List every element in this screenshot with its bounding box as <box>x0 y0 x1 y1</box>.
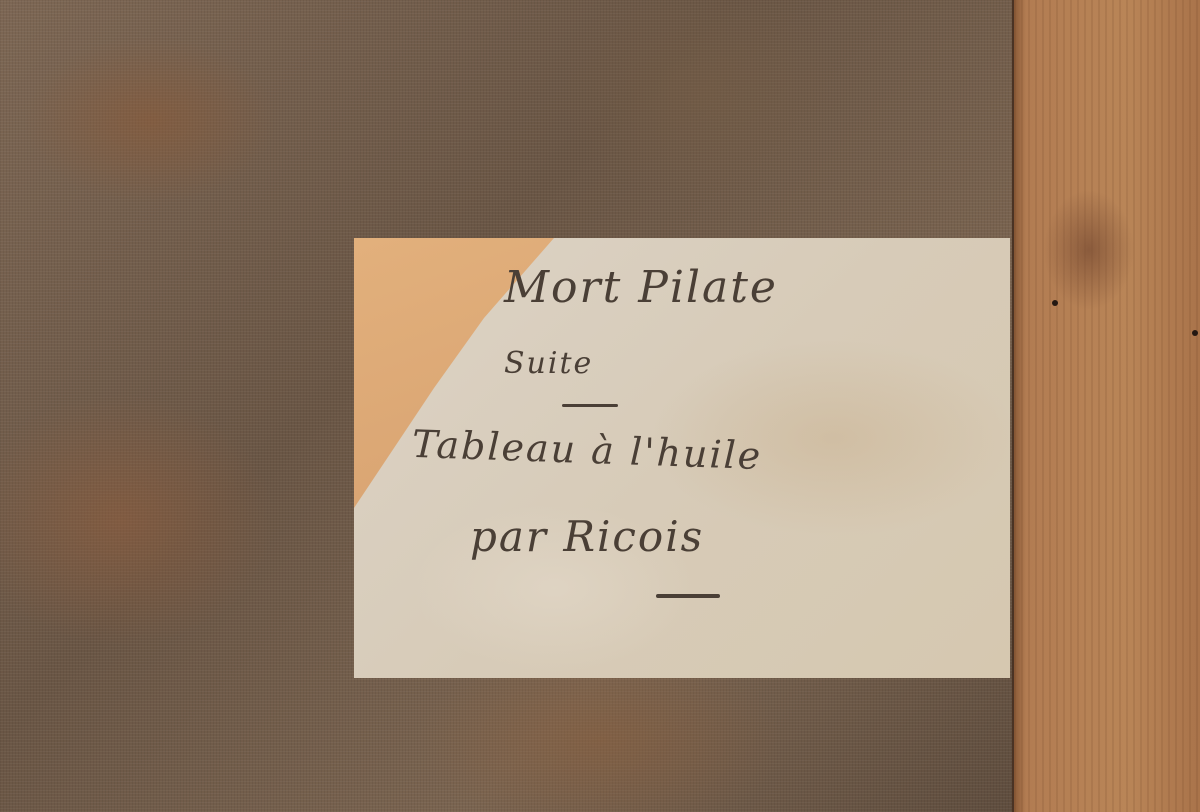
label-line-artist: par Ricois <box>470 512 704 561</box>
wooden-stretcher-bar <box>1012 0 1200 812</box>
label-line-title: Mort Pilate <box>504 262 778 313</box>
label-line-suite: Suite <box>504 346 593 381</box>
divider-dash <box>562 404 618 407</box>
nail-hole <box>1192 330 1198 336</box>
divider-dash <box>656 594 720 598</box>
nail-hole <box>1052 300 1058 306</box>
